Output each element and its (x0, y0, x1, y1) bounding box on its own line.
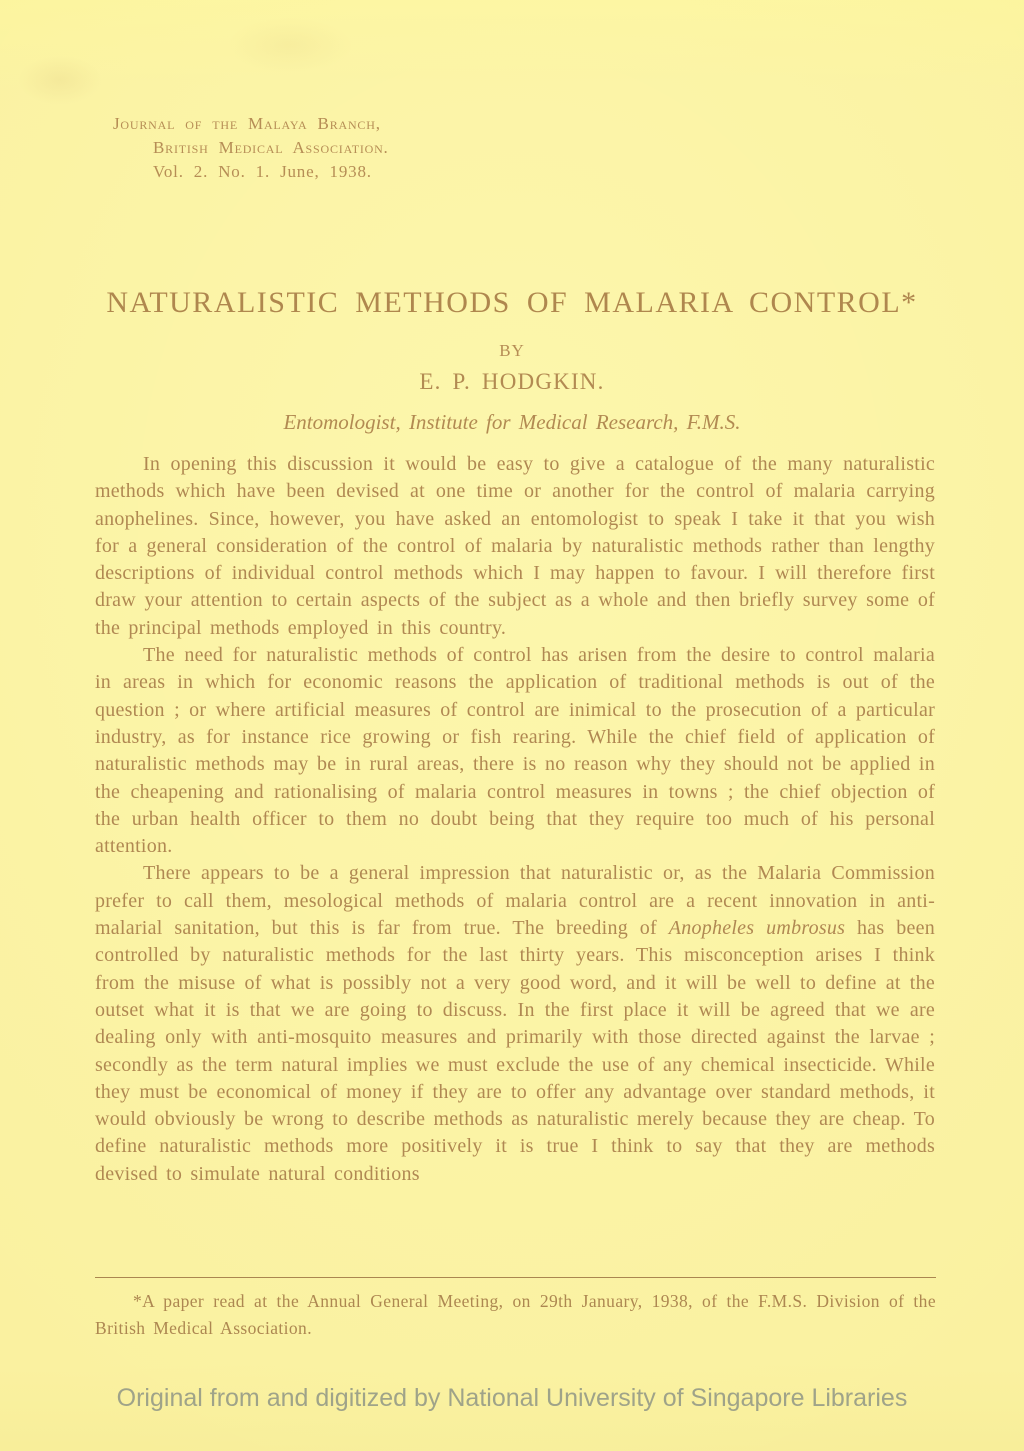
author-name: E. P. HODGKIN. (0, 369, 1024, 395)
species-name-italic: Anopheles umbrosus (669, 917, 845, 939)
article-body: In opening this discussion it would be e… (95, 451, 935, 1188)
paragraph-text-segment: The need for naturalistic methods of con… (95, 644, 935, 857)
journal-masthead: Journal of the Malaya Branch, British Me… (113, 112, 389, 184)
byline-label: BY (0, 341, 1024, 361)
article-title: NATURALISTIC METHODS OF MALARIA CONTROL* (0, 286, 1024, 320)
journal-volume-issue-date: Vol. 2. No. 1. June, 1938. (153, 160, 389, 184)
footnote-text: *A paper read at the Annual General Meet… (95, 1288, 936, 1342)
paragraph-text-segment: In opening this discussion it would be e… (95, 453, 935, 639)
footnote-divider-rule (95, 1277, 936, 1278)
article-paragraph: There appears to be a general impression… (95, 860, 935, 1188)
article-paragraph: The need for naturalistic methods of con… (95, 642, 935, 860)
author-affiliation: Entomologist, Institute for Medical Rese… (0, 410, 1024, 435)
paragraph-text-segment: has been controlled by naturalistic meth… (95, 917, 935, 1185)
scanned-journal-page: Journal of the Malaya Branch, British Me… (0, 0, 1024, 1451)
digitization-watermark: Original from and digitized by National … (0, 1384, 1024, 1413)
journal-association: British Medical Association. (153, 136, 389, 160)
journal-name: Journal of the Malaya Branch, (113, 112, 389, 136)
article-paragraph: In opening this discussion it would be e… (95, 451, 935, 642)
